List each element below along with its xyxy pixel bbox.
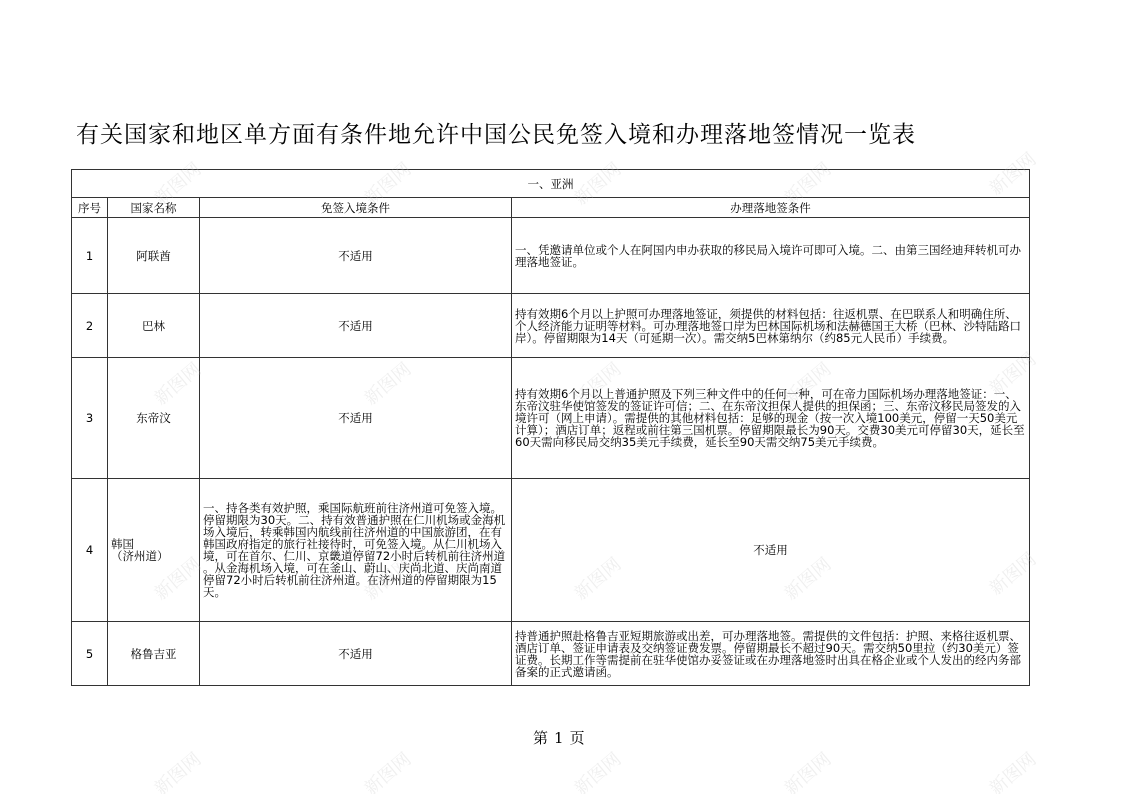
row-number: 5 — [72, 622, 108, 686]
section-title: 一、亚洲 — [72, 170, 1030, 198]
table-row: 3 东帝汶 不适用 持有效期6个月以上普通护照及下列三种文件中的任何一种，可在帝… — [72, 358, 1030, 479]
country-name: 巴林 — [108, 294, 200, 358]
column-header-visa-on-arrival: 办理落地签条件 — [512, 198, 1030, 218]
row-number: 2 — [72, 294, 108, 358]
row-number: 4 — [72, 479, 108, 622]
table-row: 1 阿联酋 不适用 一、凭邀请单位或个人在阿国内申办获取的移民局入境许可即可入境… — [72, 218, 1030, 294]
watermark: 新图网 — [778, 746, 836, 794]
visa-free-condition: 不适用 — [200, 218, 512, 294]
column-header-no: 序号 — [72, 198, 108, 218]
visa-table: 一、亚洲 序号 国家名称 免签入境条件 办理落地签条件 1 阿联酋 不适用 一、… — [71, 169, 1030, 686]
visa-on-arrival-condition: 持有效期6个月以上普通护照及下列三种文件中的任何一种，可在帝力国际机场办理落地签… — [512, 358, 1030, 479]
section-header-row: 一、亚洲 — [72, 170, 1030, 198]
page-suffix: 页 — [570, 729, 585, 747]
visa-free-condition: 不适用 — [200, 358, 512, 479]
column-header-visa-free: 免签入境条件 — [200, 198, 512, 218]
visa-on-arrival-condition: 一、凭邀请单位或个人在阿国内申办获取的移民局入境许可即可入境。二、由第三国经迪拜… — [512, 218, 1030, 294]
page-prefix: 第 — [533, 729, 548, 747]
column-header-row: 序号 国家名称 免签入境条件 办理落地签条件 — [72, 198, 1030, 218]
visa-on-arrival-condition: 持普通护照赴格鲁吉亚短期旅游或出差，可办理落地签。需提供的文件包括：护照、来格往… — [512, 622, 1030, 686]
table-row: 2 巴林 不适用 持有效期6个月以上护照可办理落地签证，须提供的材料包括：往返机… — [72, 294, 1030, 358]
visa-free-condition: 一、持各类有效护照，乘国际航班前往济州道可免签入境。停留期限为30天。二、持有效… — [200, 479, 512, 622]
visa-free-condition: 不适用 — [200, 294, 512, 358]
watermark: 新图网 — [568, 746, 626, 794]
page-number: 1 — [554, 729, 564, 747]
watermark: 新图网 — [148, 746, 206, 794]
watermark: 新图网 — [983, 746, 1041, 794]
document-title: 有关国家和地区单方面有条件地允许中国公民免签入境和办理落地签情况一览表 — [76, 116, 976, 149]
country-name: 阿联酋 — [108, 218, 200, 294]
visa-free-condition: 不适用 — [200, 622, 512, 686]
page-footer: 第1页 — [533, 727, 585, 748]
watermark: 新图网 — [358, 746, 416, 794]
table-row: 5 格鲁吉亚 不适用 持普通护照赴格鲁吉亚短期旅游或出差，可办理落地签。需提供的… — [72, 622, 1030, 686]
row-number: 1 — [72, 218, 108, 294]
country-name-sub: （济州道） — [111, 550, 196, 562]
table-row: 4 韩国 （济州道） 一、持各类有效护照，乘国际航班前往济州道可免签入境。停留期… — [72, 479, 1030, 622]
country-name: 格鲁吉亚 — [108, 622, 200, 686]
country-name: 东帝汶 — [108, 358, 200, 479]
row-number: 3 — [72, 358, 108, 479]
visa-on-arrival-condition: 持有效期6个月以上护照可办理落地签证，须提供的材料包括：往返机票、在巴联系人和明… — [512, 294, 1030, 358]
column-header-country: 国家名称 — [108, 198, 200, 218]
visa-on-arrival-condition: 不适用 — [512, 479, 1030, 622]
country-name: 韩国 （济州道） — [108, 479, 200, 622]
